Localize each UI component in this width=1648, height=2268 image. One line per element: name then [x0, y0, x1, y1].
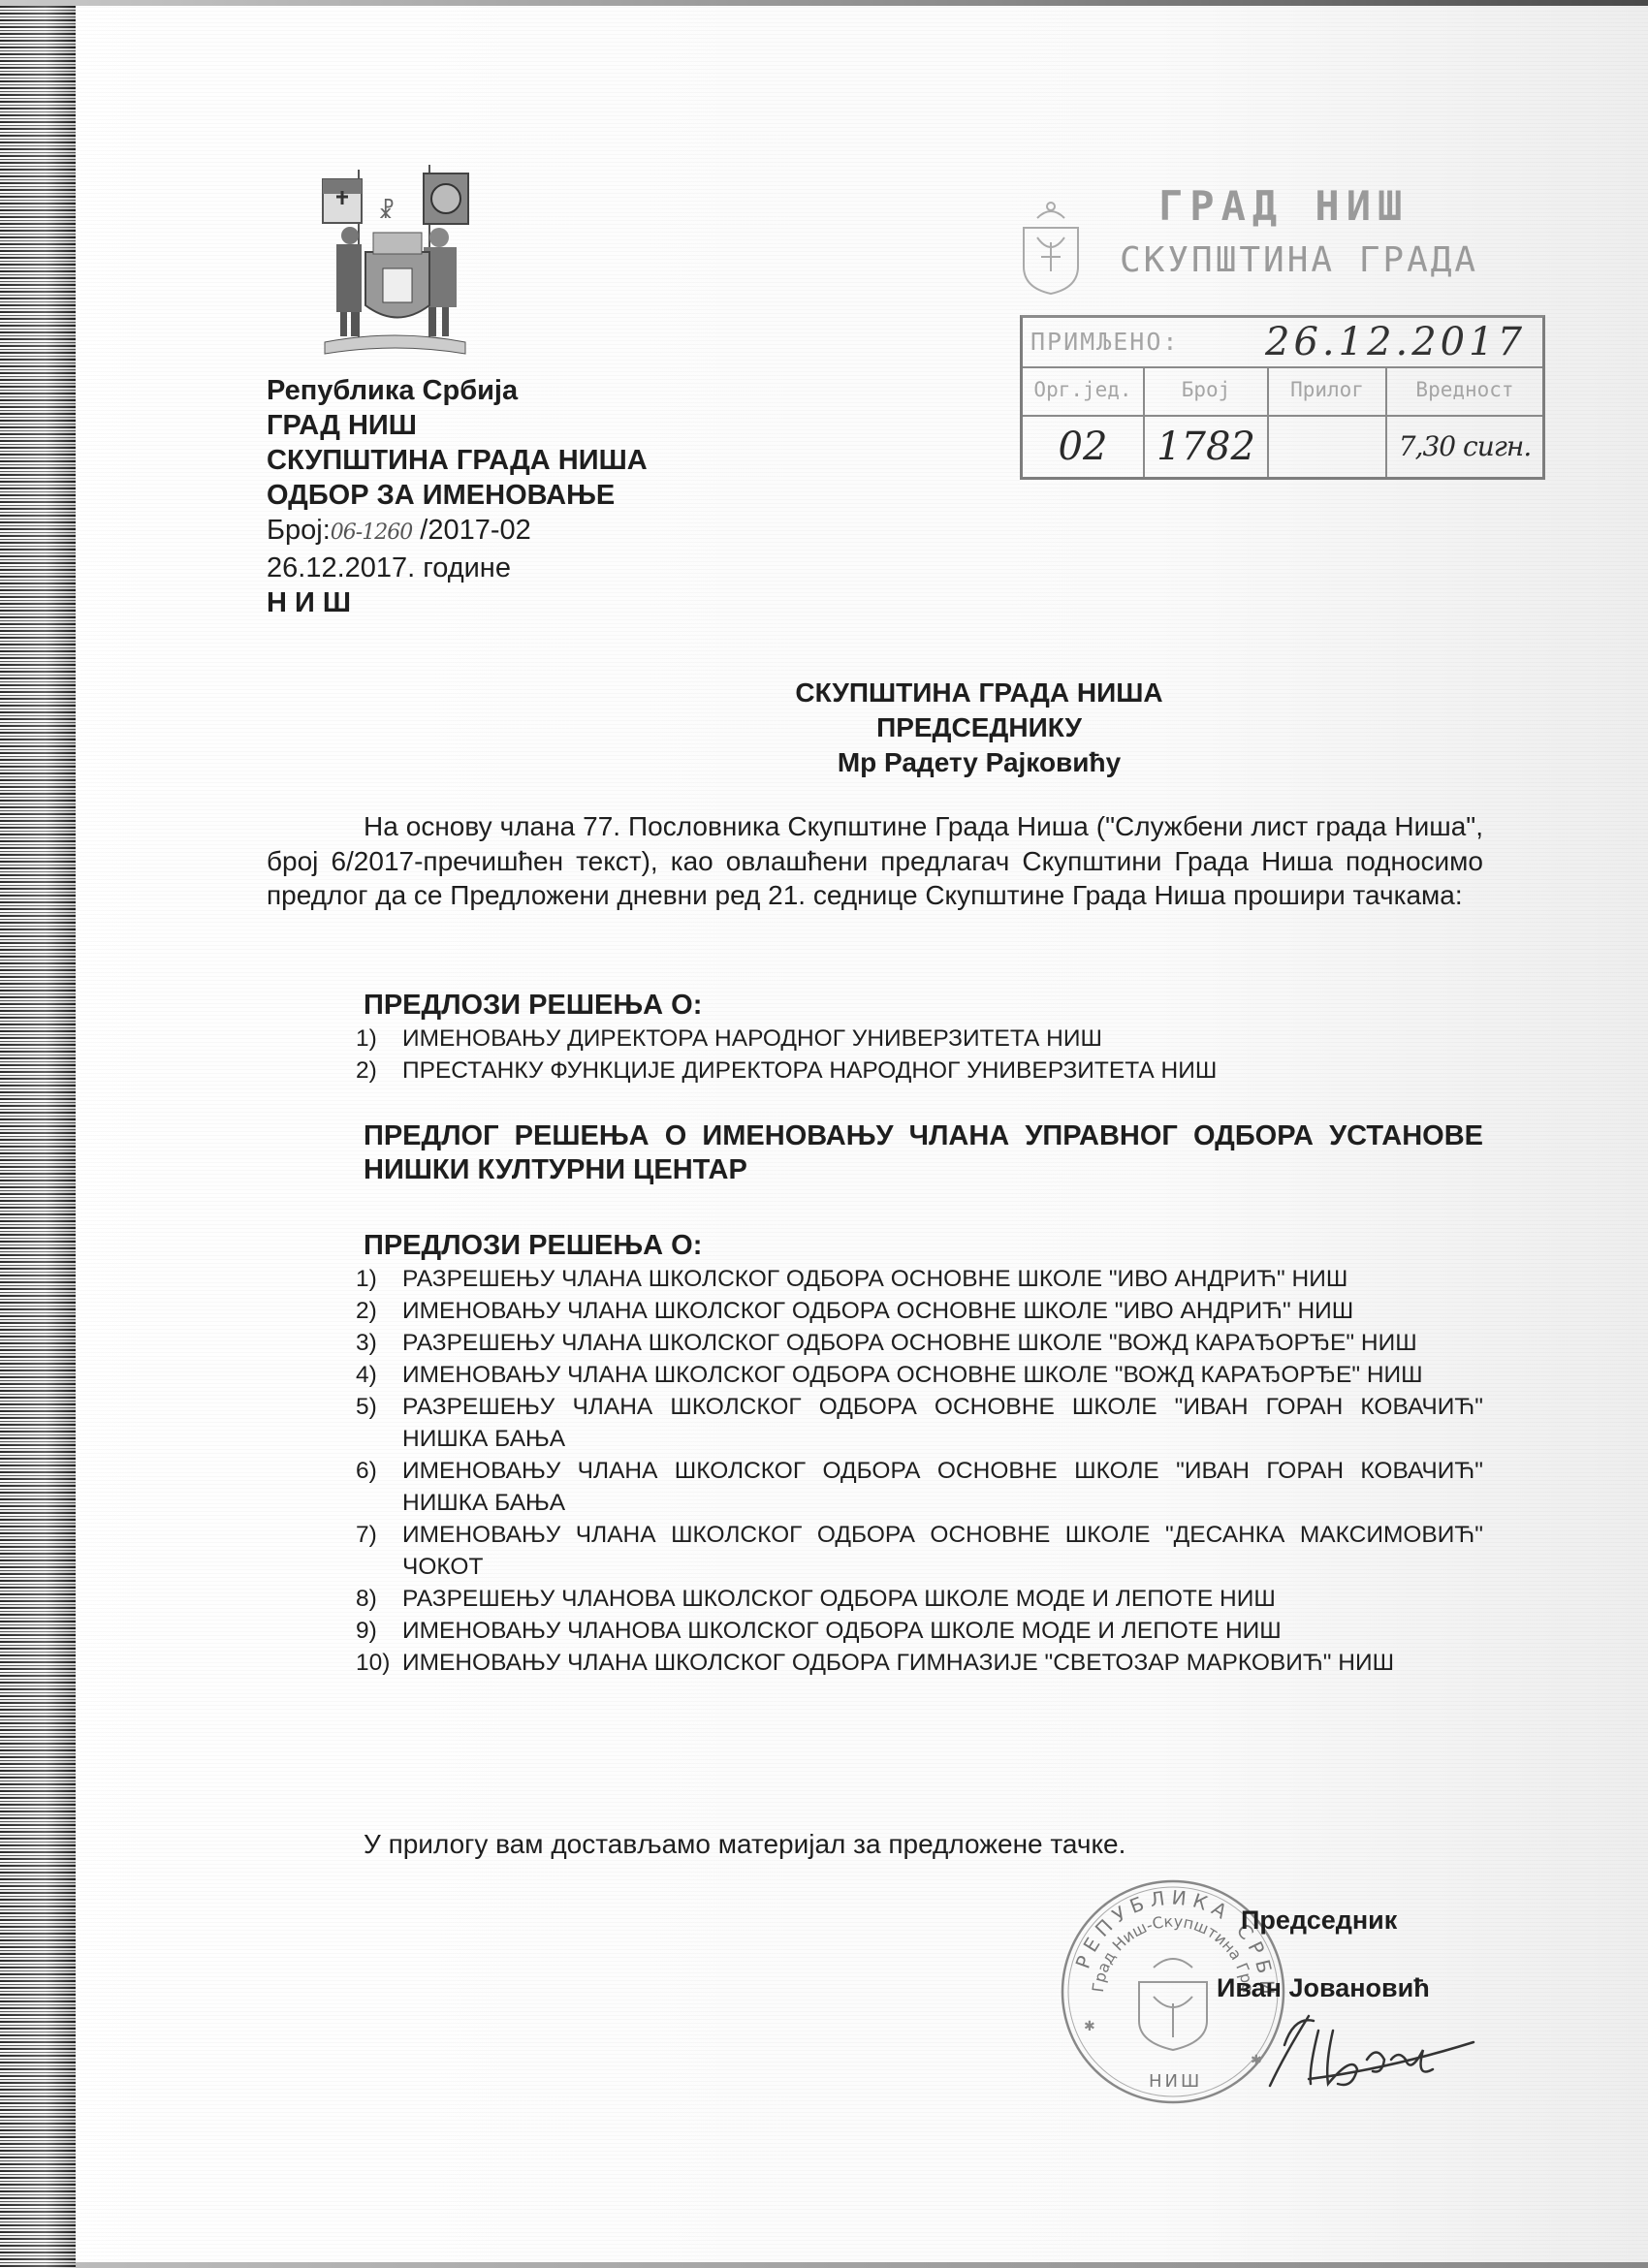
letterhead-line-city: ГРАД НИШ	[267, 408, 809, 443]
list-item-text: РАЗРЕШЕЊУ ЧЛАНА ШКОЛСКОГ ОДБОРА ОСНОВНЕ …	[402, 1394, 1483, 1452]
list-item-number: 2)	[356, 1295, 377, 1327]
list-item: 10)ИМЕНОВАЊУ ЧЛАНА ШКОЛСКОГ ОДБОРА ГИМНА…	[356, 1647, 1483, 1679]
svg-text:☧: ☧	[378, 198, 395, 224]
list-item-text: ИМЕНОВАЊУ ЧЛАНА ШКОЛСКОГ ОДБОРА ОСНОВНЕ …	[402, 1458, 1483, 1516]
list-item-number: 3)	[356, 1327, 377, 1359]
addressee-line-assembly: СКУПШТИНА ГРАДА НИША	[543, 676, 1415, 710]
document-number-label: Број:	[267, 515, 331, 546]
stamp-col-header: Орг.јед.	[1023, 366, 1143, 417]
list-item-number: 1)	[356, 1263, 377, 1295]
list-item-number: 9)	[356, 1615, 377, 1647]
stamp-col-header: Прилог	[1269, 366, 1385, 417]
list-item-text: РАЗРЕШЕЊУ ЧЛАНА ШКОЛСКОГ ОДБОРА ОСНОВНЕ …	[402, 1266, 1347, 1292]
list-item-number: 7)	[356, 1519, 377, 1551]
list-item: 7)ИМЕНОВАЊУ ЧЛАНА ШКОЛСКОГ ОДБОРА ОСНОВН…	[356, 1519, 1483, 1583]
list-item-number: 1)	[356, 1023, 377, 1055]
letterhead-line-republic: Република Србија	[267, 373, 809, 408]
section-proposal-2: ПРЕДЛОГ РЕШЕЊА О ИМЕНОВАЊУ ЧЛАНА УПРАВНО…	[364, 1119, 1483, 1187]
stamp-received-date: 26.12.2017	[1265, 320, 1526, 364]
document-number: Број:06-1260 /2017-02	[267, 513, 809, 551]
list-item: 8)РАЗРЕШЕЊУ ЧЛАНОВА ШКОЛСКОГ ОДБОРА ШКОЛ…	[356, 1583, 1483, 1615]
list-item: 5)РАЗРЕШЕЊУ ЧЛАНА ШКОЛСКОГ ОДБОРА ОСНОВН…	[356, 1391, 1483, 1455]
list-item-number: 8)	[356, 1583, 377, 1615]
document-date: 26.12.2017. године	[267, 551, 809, 585]
section-heading: ПРЕДЛОЗИ РЕШЕЊА О:	[364, 1229, 1483, 1263]
list-item-text: ПРЕСТАНКУ ФУНКЦИЈЕ ДИРЕКТОРА НАРОДНОГ УН…	[402, 1057, 1217, 1084]
document-number-handwritten: 06-1260	[331, 520, 412, 545]
list-item: 1)ИМЕНОВАЊУ ДИРЕКТОРА НАРОДНОГ УНИВЕРЗИТ…	[356, 1023, 1483, 1055]
letterhead-line-assembly: СКУПШТИНА ГРАДА НИША	[267, 443, 809, 478]
addressee-line-president: ПРЕДСЕДНИКУ	[543, 710, 1415, 745]
document-number-suffix: /2017-02	[412, 515, 531, 546]
section-proposals-1: ПРЕДЛОЗИ РЕШЕЊА О: 1)ИМЕНОВАЊУ ДИРЕКТОРА…	[364, 989, 1483, 1087]
list-item-text: РАЗРЕШЕЊУ ЧЛАНОВА ШКОЛСКОГ ОДБОРА ШКОЛЕ …	[402, 1586, 1276, 1612]
list-item-text: ИМЕНОВАЊУ ЧЛАНА ШКОЛСКОГ ОДБОРА ОСНОВНЕ …	[402, 1522, 1483, 1580]
letterhead-line-committee: ОДБОР ЗА ИМЕНОВАЊЕ	[267, 478, 809, 513]
addressee-block: СКУПШТИНА ГРАДА НИША ПРЕДСЕДНИКУ Мр Раде…	[543, 676, 1415, 780]
scan-top-edge	[0, 0, 1648, 6]
list-item: 3)РАЗРЕШЕЊУ ЧЛАНА ШКОЛСКОГ ОДБОРА ОСНОВН…	[356, 1327, 1483, 1359]
stamp-col-number: Број 1782	[1145, 366, 1269, 477]
list-item: 9)ИМЕНОВАЊУ ЧЛАНОВА ШКОЛСКОГ ОДБОРА ШКОЛ…	[356, 1615, 1483, 1647]
stamp-col-value-amount: Вредност 7,30 сигн.	[1387, 366, 1542, 477]
proposals-list-1: 1)ИМЕНОВАЊУ ДИРЕКТОРА НАРОДНОГ УНИВЕРЗИТ…	[356, 1023, 1483, 1087]
proposals-list-3: 1)РАЗРЕШЕЊУ ЧЛАНА ШКОЛСКОГ ОДБОРА ОСНОВН…	[356, 1263, 1483, 1679]
stamp-received-row: ПРИМЉЕНО: 26.12.2017	[1023, 318, 1542, 368]
list-item: 2)ПРЕСТАНКУ ФУНКЦИЈЕ ДИРЕКТОРА НАРОДНОГ …	[356, 1055, 1483, 1087]
list-item: 2)ИМЕНОВАЊУ ЧЛАНА ШКОЛСКОГ ОДБОРА ОСНОВН…	[356, 1295, 1483, 1327]
list-item-number: 6)	[356, 1455, 377, 1487]
stamp-col-header: Број	[1145, 366, 1267, 417]
city-of-nis-coat-of-arms-icon: ☧	[315, 160, 475, 359]
stamp-col-attachment: Прилог	[1269, 366, 1387, 477]
addressee-line-name: Мр Радету Рајковићу	[543, 745, 1415, 780]
stamp-col-value: 1782	[1145, 417, 1267, 477]
letterhead-block: Република Србија ГРАД НИШ СКУПШТИНА ГРАД…	[267, 373, 809, 620]
stamp-col-header: Вредност	[1387, 366, 1542, 417]
list-item-number: 10)	[356, 1647, 390, 1679]
receipt-stamp-box: ПРИМЉЕНО: 26.12.2017 Орг.јед. 02 Број 17…	[1020, 315, 1545, 480]
list-item-text: ИМЕНОВАЊУ ЧЛАНА ШКОЛСКОГ ОДБОРА ОСНОВНЕ …	[402, 1362, 1423, 1388]
signatory-role: Председник	[1241, 1906, 1397, 1936]
list-item-text: РАЗРЕШЕЊУ ЧЛАНА ШКОЛСКОГ ОДБОРА ОСНОВНЕ …	[402, 1330, 1417, 1356]
signatory-name: Иван Јовановић	[1217, 1973, 1430, 2003]
stamp-col-value: 02	[1023, 417, 1143, 477]
scan-left-margin-band	[0, 6, 76, 2268]
serbian-coat-of-arms-icon	[1018, 199, 1084, 296]
section-heading: ПРЕДЛОГ РЕШЕЊА О ИМЕНОВАЊУ ЧЛАНА УПРАВНО…	[364, 1119, 1483, 1187]
svg-text:✱: ✱	[1084, 2018, 1095, 2033]
stamp-grid: Орг.јед. 02 Број 1782 Прилог Вредност 7,…	[1023, 366, 1542, 477]
stamp-col-org-unit: Орг.јед. 02	[1023, 366, 1145, 477]
list-item-text: ИМЕНОВАЊУ ЧЛАНА ШКОЛСКОГ ОДБОРА ОСНОВНЕ …	[402, 1298, 1353, 1324]
list-item: 4)ИМЕНОВАЊУ ЧЛАНА ШКОЛСКОГ ОДБОРА ОСНОВН…	[356, 1359, 1483, 1391]
handwritten-signature-icon	[1251, 2006, 1483, 2094]
scan-bottom-edge	[76, 2262, 1648, 2268]
stamp-col-value: 7,30 сигн.	[1387, 417, 1542, 477]
list-item: 1)РАЗРЕШЕЊУ ЧЛАНА ШКОЛСКОГ ОДБОРА ОСНОВН…	[356, 1263, 1483, 1295]
list-item-number: 5)	[356, 1391, 377, 1423]
list-item-number: 4)	[356, 1359, 377, 1391]
stamp-col-value	[1269, 417, 1385, 477]
section-heading: ПРЕДЛОЗИ РЕШЕЊА О:	[364, 989, 1483, 1023]
stamp-received-label: ПРИМЉЕНО:	[1030, 328, 1179, 356]
list-item-text: ИМЕНОВАЊУ ЧЛАНОВА ШКОЛСКОГ ОДБОРА ШКОЛЕ …	[402, 1618, 1282, 1644]
stamp-title-assembly: СКУПШТИНА ГРАДА	[1120, 240, 1478, 280]
list-item-number: 2)	[356, 1055, 377, 1087]
section-proposals-3: ПРЕДЛОЗИ РЕШЕЊА О: 1)РАЗРЕШЕЊУ ЧЛАНА ШКО…	[364, 1229, 1483, 1679]
list-item: 6)ИМЕНОВАЊУ ЧЛАНА ШКОЛСКОГ ОДБОРА ОСНОВН…	[356, 1455, 1483, 1519]
body-paragraph: На основу члана 77. Пословника Скупштине…	[267, 809, 1483, 913]
svg-text:НИШ: НИШ	[1149, 2071, 1202, 2092]
document-city: Н И Ш	[267, 585, 809, 620]
list-item-text: ИМЕНОВАЊУ ЧЛАНА ШКОЛСКОГ ОДБОРА ГИМНАЗИЈ…	[402, 1650, 1394, 1676]
stamp-title-city: ГРАД НИШ	[1158, 182, 1409, 230]
closing-sentence: У прилогу вам достављамо материјал за пр…	[364, 1827, 1125, 1861]
list-item-text: ИМЕНОВАЊУ ДИРЕКТОРА НАРОДНОГ УНИВЕРЗИТЕТ…	[402, 1025, 1102, 1052]
